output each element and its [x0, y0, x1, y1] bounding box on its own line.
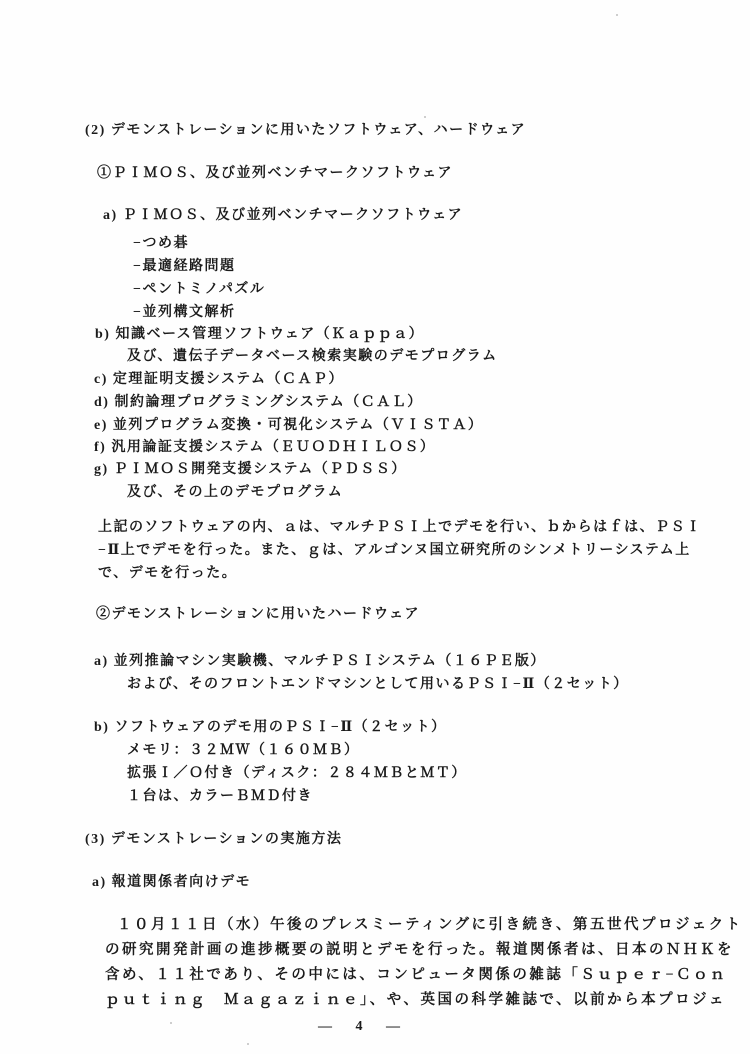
- scan-speck: [616, 14, 618, 16]
- scanned-document-page: (2) デモンストレーションに用いたソフトウェア、ハードウェア ①ＰＩＭＯＳ、及…: [0, 0, 750, 1054]
- hardware-item-b-sub-3: １台は、カラーＢＭＤ付き: [127, 788, 313, 805]
- software-item-d: d) 制約論理プログラミングシステム（ＣＡＬ）: [94, 394, 423, 411]
- press-paragraph-line-4: ｐｕｔｉｎｇ Ｍａｇａｚｉｎｅ」、や、英国の科学雑誌で、以前から本プロジェ: [105, 992, 726, 1009]
- page-number: — 4 —: [318, 1018, 410, 1035]
- hardware-item-b-sub-1: メモリ：３２ＭＷ（１６０ＭＢ）: [127, 742, 360, 759]
- software-item-g-cont: 及び、その上のデモプログラム: [127, 484, 343, 501]
- hardware-item-a: a) 並列推論マシン実験機、マルチＰＳＩシステム（１６ＰＥ版）: [94, 653, 546, 670]
- software-item-e: e) 並列プログラム変換・可視化システム（ＶＩＳＴＡ）: [94, 417, 483, 434]
- press-paragraph-line-3: 含め、１１社であり、その中には、コンピュータ関係の雑誌「Ｓｕｐｅｒ−Ｃｏｎ: [105, 967, 727, 984]
- section-3-heading: (3) デモンストレーションの実施方法: [85, 831, 342, 848]
- section-2-heading: (2) デモンストレーションに用いたソフトウェア、ハードウェア: [85, 122, 526, 139]
- software-item-a: a) ＰＩＭＯＳ、及び並列ベンチマークソフトウェア: [103, 207, 463, 224]
- software-item-a-sub-4: −並列構文解析: [133, 304, 235, 321]
- scan-speck: [170, 1022, 172, 1024]
- software-item-a-sub-3: −ペントミノパズル: [133, 281, 265, 298]
- software-note-line-3: で、デモを行った。: [98, 565, 237, 582]
- hardware-item-a-cont: および、そのフロントエンドマシンとして用いるＰＳＩ−Ⅱ（２セット）: [127, 676, 629, 693]
- software-note-line-2: −Ⅱ上でデモを行った。また、ｇは、アルゴンヌ国立研究所のシンメトリーシステム上: [98, 542, 691, 559]
- software-item-g: g) ＰＩＭＯＳ開発支援システム（ＰＤＳＳ）: [94, 461, 407, 478]
- software-note-line-1: 上記のソフトウェアの内、ａは、マルチＰＳＩ上でデモを行い、ｂからはｆは、ＰＳＩ: [98, 519, 702, 536]
- software-item-b-cont: 及び、遺伝子データベース検索実験のデモプログラム: [127, 348, 498, 365]
- hardware-item-b-sub-2: 拡張Ｉ／Ｏ付き（ディスク：２８４ＭＢとＭＴ）: [127, 765, 467, 782]
- software-item-c: c) 定理証明支援システム（ＣＡＰ）: [94, 371, 344, 388]
- hardware-item-b: b) ソフトウェアのデモ用のＰＳＩ−Ⅱ（２セット）: [94, 719, 447, 736]
- press-paragraph-line-2: の研究開発計画の進捗概要の説明とデモを行った。報道関係者は、日本のＮＨＫを: [105, 942, 734, 959]
- hardware-list-heading: ②デモンストレーションに用いたハードウェア: [96, 606, 420, 623]
- press-demo-item-a: a) 報道関係者向けデモ: [92, 874, 251, 891]
- software-item-b: b) 知識ベース管理ソフトウェア（Ｋａｐｐａ）: [95, 326, 424, 343]
- software-item-a-sub-1: −つめ碁: [133, 235, 189, 252]
- software-item-f: f) 汎用論証支援システム（ＥＵＯＤＨＩＬＯＳ）: [94, 439, 435, 456]
- software-list-heading: ①ＰＩＭＯＳ、及び並列ベンチマークソフトウェア: [97, 165, 453, 182]
- software-item-a-sub-2: −最適経路問題: [133, 258, 235, 275]
- press-paragraph-line-1: １０月１１日（水）午後のプレスミーティングに引き続き、第五世代プロジェクト: [117, 917, 743, 934]
- scan-speck: [247, 1043, 249, 1045]
- scan-speck: [424, 116, 426, 118]
